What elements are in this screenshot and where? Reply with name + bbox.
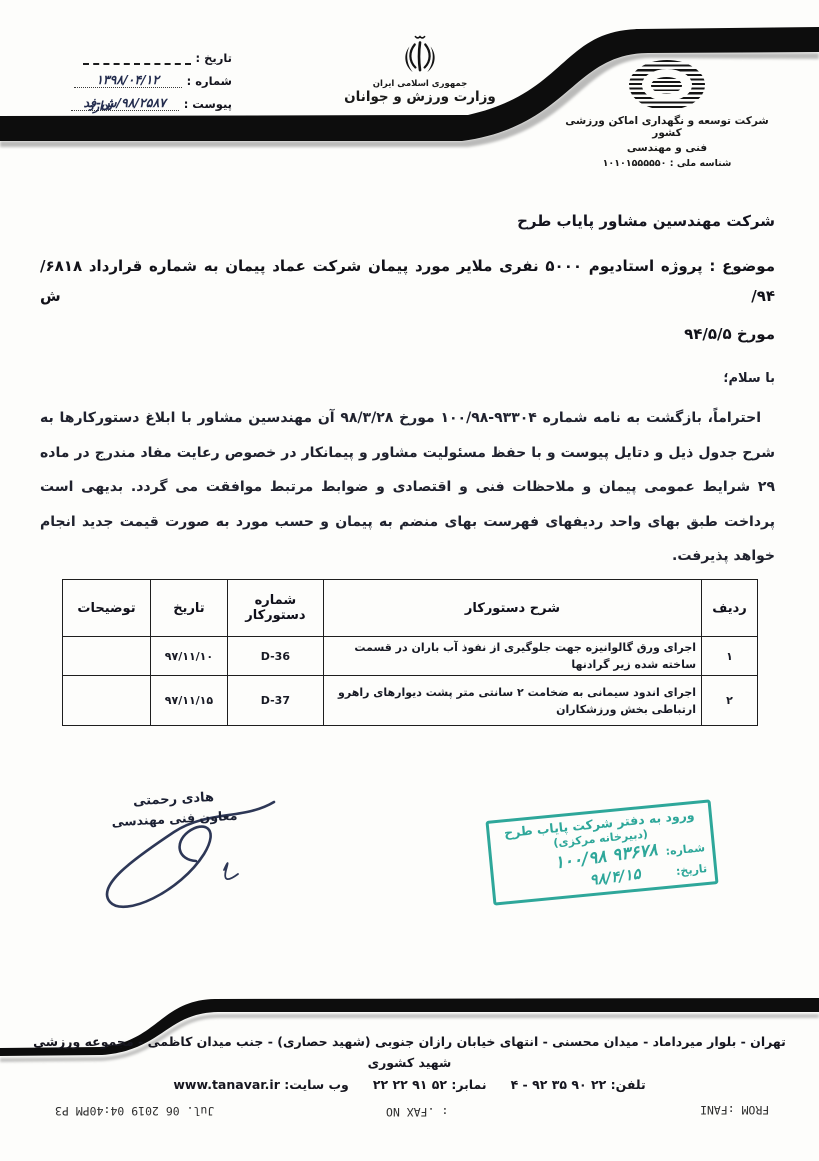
subject-line: موضوع : پروژه استادیوم ۵۰۰۰ نفری ملایر م… — [40, 251, 775, 311]
table-row: ۲ اجرای اندود سیمانی به ضخامت ۲ سانتی مت… — [63, 676, 758, 726]
stamp-date-label: تاریخ: — [675, 862, 707, 878]
entry-stamp: ورود به دفتر شرکت پایاب طرح (دبیرخانه مر… — [485, 799, 718, 905]
meta-attachment-row: پیوست : ۹۸/۲۵۸۷/ش-فد — [50, 88, 232, 111]
footer-address: تهران - بلوار میرداماد - میدان محسنی - ا… — [28, 1031, 791, 1073]
cell-order-number: D-36 — [227, 637, 323, 676]
footer-web: وب سایت: www.tanavar.ir — [173, 1077, 348, 1092]
footer-web-label: وب سایت: — [284, 1077, 349, 1092]
fax-from-label: FROM :FANI — [700, 1103, 769, 1117]
fax-number-label: FAX NO. : — [386, 1105, 448, 1119]
letter-body: احتراماً، بازگشت به نامه شماره ⁦۱۰۰/۹۸-۹… — [40, 401, 775, 574]
meta-date-label: تاریخ : — [196, 51, 232, 65]
cell-description: اجرای اندود سیمانی به ضخامت ۲ سانتی متر … — [323, 676, 701, 726]
company-logo-core-icon — [651, 77, 682, 94]
cell-date: ۹۷/۱۱/۱۰ — [150, 637, 227, 676]
footer-block: تهران - بلوار میرداماد - میدان محسنی - ا… — [28, 1031, 791, 1092]
footer-phone: تلفن: ۲۲ ۹۰ ۳۵ ۹۲ - ۴ — [511, 1077, 646, 1092]
cell-row-number: ۱ — [702, 637, 758, 676]
cell-description: اجرای ورق گالوانیزه جهت جلوگیری از نفوذ … — [323, 637, 701, 676]
attachment-none-note: ندارد — [88, 99, 113, 114]
company-national-id: شناسه ملی : ۱۰۱۰۱۵۵۵۵۵۰ — [558, 158, 776, 169]
cell-notes — [63, 637, 151, 676]
company-logo-icon — [629, 60, 705, 110]
signature-block: هادی رحمتی معاون فنی مهندسی — [107, 789, 241, 830]
meta-date-value — [83, 48, 191, 65]
header-description: شرح دستورکار — [323, 580, 701, 637]
header-notes: توضیحات — [63, 580, 151, 637]
meta-attachment-value: ۹۸/۲۵۸۷/ش-فد — [71, 95, 179, 111]
ministry-header: جمهوری اسلامی ایران وزارت ورزش و جوانان — [338, 32, 502, 105]
footer-fax: نمابر: ۵۲ ۹۱ ۲۲ ۲۲ — [373, 1077, 487, 1092]
table-header-row: ردیف شرح دستورکار شماره دستورکار تاریخ ت… — [63, 580, 758, 637]
header-date: تاریخ — [150, 580, 227, 637]
ministry-name: وزارت ورزش و جوانان — [338, 89, 502, 105]
meta-number-label: شماره : — [187, 74, 232, 88]
fax-letter-page: تاریخ : شماره : ۱۳۹۸/۰۴/۱۲ پیوست : ۹۸/۲۵… — [0, 0, 819, 1161]
footer-website-url: www.tanavar.ir — [173, 1077, 280, 1092]
work-orders-table: ردیف شرح دستورکار شماره دستورکار تاریخ ت… — [62, 579, 758, 726]
fax-datetime: Jul. 06 2019 04:40PM P3 — [55, 1104, 214, 1118]
recipient-line: شرکت مهندسین مشاور پایاب طرح — [517, 212, 775, 230]
subject-date: مورخ ۹۴/۵/۵ — [40, 325, 775, 343]
meta-date-row: تاریخ : — [50, 42, 232, 65]
header-order-number: شماره دستورکار — [227, 580, 323, 637]
footer-contacts: تلفن: ۲۲ ۹۰ ۳۵ ۹۲ - ۴ نمابر: ۵۲ ۹۱ ۲۲ ۲۲… — [28, 1077, 791, 1092]
meta-number-row: شماره : ۱۳۹۸/۰۴/۱۲ — [50, 65, 232, 88]
meta-number-value: ۱۳۹۸/۰۴/۱۲ — [74, 72, 182, 88]
stamp-date-value: ۹۸/۴/۱۵ — [588, 865, 641, 890]
cell-order-number: D-37 — [227, 676, 323, 726]
salutation: با سلام؛ — [723, 371, 775, 386]
subject-block: موضوع : پروژه استادیوم ۵۰۰۰ نفری ملایر م… — [40, 251, 775, 343]
letter-meta-block: تاریخ : شماره : ۱۳۹۸/۰۴/۱۲ پیوست : ۹۸/۲۵… — [50, 42, 232, 111]
cell-row-number: ۲ — [702, 676, 758, 726]
header-row-number: ردیف — [702, 580, 758, 637]
cell-date: ۹۷/۱۱/۱۵ — [150, 676, 227, 726]
cell-notes — [63, 676, 151, 726]
iran-emblem-icon — [400, 32, 440, 78]
republic-line: جمهوری اسلامی ایران — [338, 79, 502, 89]
company-name-line1: شرکت توسعه و نگهداری اماکن ورزشی کشور — [558, 115, 776, 139]
stamp-number-label: شماره: — [665, 841, 706, 858]
meta-attachment-label: پیوست : — [184, 97, 232, 111]
company-header: شرکت توسعه و نگهداری اماکن ورزشی کشور فن… — [558, 60, 776, 169]
company-name-line2: فنی و مهندسی — [558, 142, 776, 154]
table-row: ۱ اجرای ورق گالوانیزه جهت جلوگیری از نفو… — [63, 637, 758, 676]
